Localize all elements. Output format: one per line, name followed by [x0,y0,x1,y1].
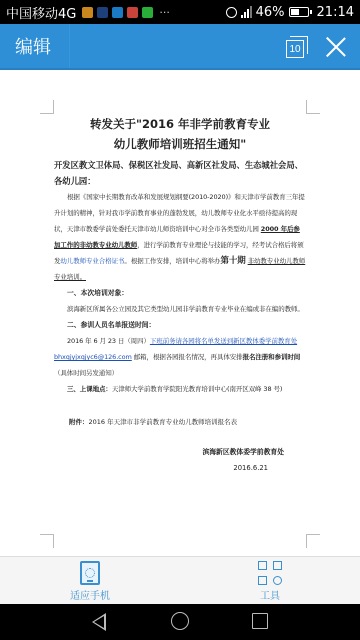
bottom-toolbar: 适应手机 工具 [0,556,360,604]
carrier-label: 中国移动4G [6,3,76,22]
text: 。根据工作安排，培训中心将举办 [124,257,220,265]
attachment-line: 附件：2016 年天津市非学前教育专业幼儿教师培训报名表 [54,415,306,429]
document-date: 2016.6.21 [54,461,306,475]
browser-toolbar: 编辑 10 [0,24,360,70]
battery-percent: 46% [256,5,285,20]
tab-count: 10 [286,40,304,58]
document-title: 转发关于"2016 年非学前教育专业 幼儿教师培训班招生通知" [54,114,306,154]
tools-grid-icon [258,561,282,585]
addressee: 开发区教文卫体局、保税区社发局、高新区社发局、生态城社会局、各幼儿园： [54,157,306,189]
signature: 滨海新区教体委学前教育处 [54,445,306,459]
attachment-label: 附件： [69,418,89,426]
bold-text: 报名注册和参训时间 [243,353,301,361]
close-icon[interactable] [326,37,346,57]
location-paragraph: 三、上课地点：天津师大学前教育学院阳光教育培训中心(南开区双峰 38 号) [54,381,306,397]
section-heading-3: 三、上课地点： [67,385,112,393]
back-icon[interactable] [92,613,106,631]
alarm-icon [226,7,237,18]
intro-paragraph: 根据《国家中长期教育改革和发展规划纲要(2010-2020)》和天津市学前教育三… [54,189,306,285]
notification-icon [97,7,108,18]
text: 邮箱，根据各园报名情况，再具体安排 [132,353,243,361]
signal-icon [241,6,252,18]
fit-phone-button[interactable]: 适应手机 [60,557,120,605]
page-corner-mark [40,534,54,548]
home-icon[interactable] [171,612,189,630]
text: 2016 年 6 月 23 日（周四） [67,337,150,345]
more-notifications-icon: ··· [159,6,170,19]
notification-icon [112,7,123,18]
document-viewer[interactable]: 转发关于"2016 年非学前教育专业 幼儿教师培训班招生通知" 开发区教文卫体局… [0,72,360,548]
target-paragraph: 滨海新区所属各公立园及其它类型幼儿园非学前教育专业毕业在编或非在编的教师。 [54,301,306,317]
title-line: 转发关于"2016 年非学前教育专业 [54,114,306,134]
certificate-text: 幼儿教师专业合格证书 [60,257,124,265]
notification-icon [82,7,93,18]
term-text: 第十期 [220,256,245,266]
tabs-button[interactable]: 10 [286,36,308,58]
fit-phone-label: 适应手机 [70,587,110,602]
section-heading-2: 二、参训人员名单报送时间： [54,317,306,333]
text: 天津师大学前教育学院阳光教育培训中心(南开区双峰 38 号) [112,385,282,393]
edit-button[interactable]: 编辑 [0,24,70,68]
deadline-paragraph: 2016 年 6 月 23 日（周四）下班前务请各园将名单发送到新区教体委学前教… [54,333,306,381]
text: （具体时间另发通知） [54,369,118,377]
page-corner-mark [306,534,320,548]
page-corner-mark [306,100,320,114]
document-page: 转发关于"2016 年非学前教育专业 幼儿教师培训班招生通知" 开发区教文卫体局… [54,114,306,475]
recent-apps-icon[interactable] [252,613,268,629]
tools-button[interactable]: 工具 [240,557,300,605]
attachment-text: 2016 年天津市非学前教育专业幼儿教师培训报名表 [89,418,238,426]
battery-icon [289,7,309,17]
status-bar: 中国移动4G ··· 46% 21:14 [0,0,360,24]
fit-phone-icon [80,561,100,585]
system-nav-bar [0,604,360,640]
tools-label: 工具 [260,587,280,602]
title-line: 幼儿教师培训班招生通知" [54,134,306,154]
wechat-icon [142,7,153,18]
clock: 21:14 [317,5,354,20]
notification-icon [127,7,138,18]
page-corner-mark [40,100,54,114]
section-heading-1: 一、本次培训对象： [54,285,306,301]
